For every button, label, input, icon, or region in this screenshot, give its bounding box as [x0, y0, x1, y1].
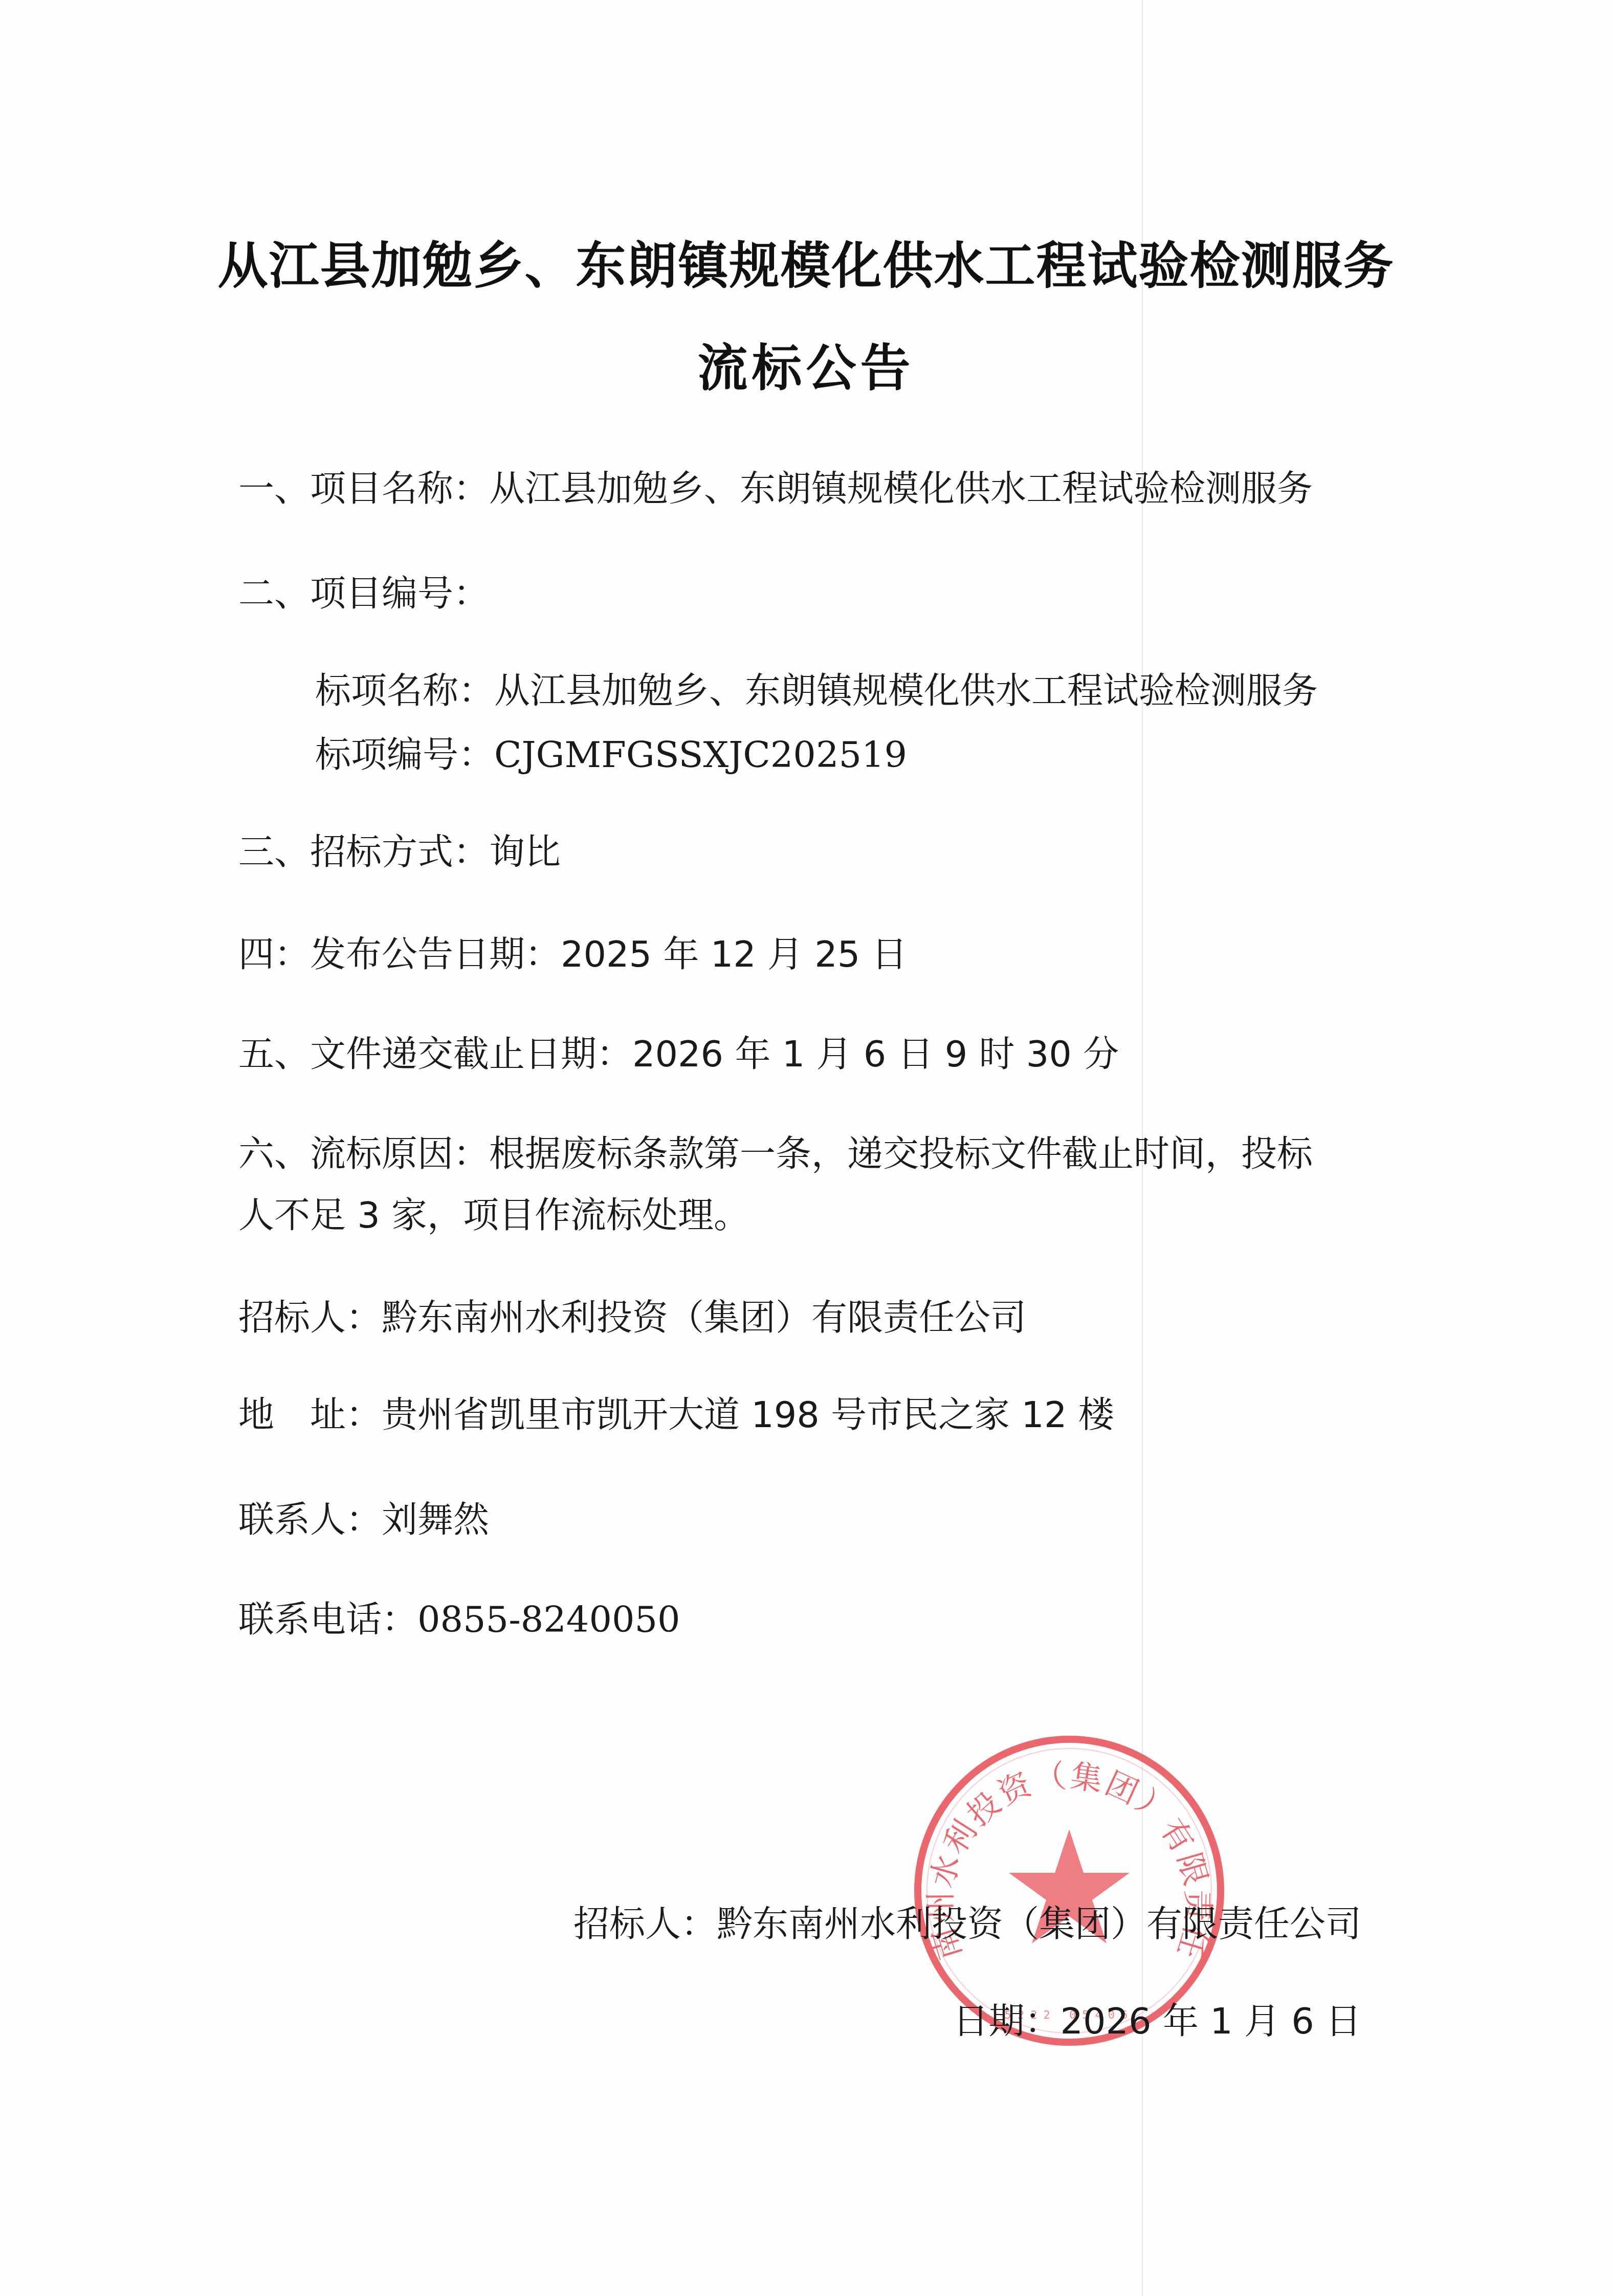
phone-label: 联系电话：	[238, 1599, 417, 1641]
address-value: 贵州省凯里市凯开大道 198 号市民之家 12 楼	[382, 1394, 1114, 1436]
tenderer-label: 招标人：	[238, 1297, 382, 1339]
document-subtitle: 流标公告	[0, 338, 1612, 399]
document-page: 从江县加勉乡、东朗镇规模化供水工程试验检测服务 流标公告 一、项目名称：从江县加…	[0, 0, 1612, 2296]
phone-row: 联系电话：0855-8240050	[238, 1597, 680, 1643]
failure-reason-value-line2: 人不足 3 家，项目作流标处理。	[238, 1194, 749, 1236]
project-name-label: 一、项目名称：	[238, 468, 489, 510]
project-number-label: 二、项目编号：	[238, 573, 489, 615]
bidding-method-value: 询比	[489, 831, 561, 873]
contact-person-value: 刘舞然	[382, 1499, 489, 1541]
project-number-row: 二、项目编号：	[238, 571, 489, 617]
lot-number-row: 标项编号：CJGMFGSSXJC202519	[315, 732, 907, 778]
tenderer-value: 黔东南州水利投资（集团）有限责任公司	[382, 1297, 1026, 1339]
lot-number-value: CJGMFGSSXJC202519	[494, 734, 907, 776]
document-title: 从江县加勉乡、东朗镇规模化供水工程试验检测服务	[0, 235, 1612, 297]
address-label: 地 址：	[238, 1394, 382, 1436]
lot-name-row: 标项名称：从江县加勉乡、东朗镇规模化供水工程试验检测服务	[315, 668, 1318, 714]
signature-tenderer: 招标人：黔东南州水利投资（集团）有限责任公司	[573, 1901, 1361, 1947]
phone-value: 0855-8240050	[417, 1599, 680, 1641]
failure-reason-value-line1: 根据废标条款第一条，递交投标文件截止时间，投标	[489, 1133, 1313, 1175]
publish-date-row: 四：发布公告日期：2025 年 12 月 25 日	[238, 931, 908, 977]
bidding-method-row: 三、招标方式：询比	[238, 829, 561, 875]
lot-name-label: 标项名称：	[315, 670, 494, 712]
lot-name-value: 从江县加勉乡、东朗镇规模化供水工程试验检测服务	[494, 670, 1318, 712]
address-row: 地 址：贵州省凯里市凯开大道 198 号市民之家 12 楼	[238, 1392, 1114, 1438]
tenderer-row: 招标人：黔东南州水利投资（集团）有限责任公司	[238, 1295, 1026, 1341]
publish-date-value: 2025 年 12 月 25 日	[561, 933, 908, 975]
publish-date-label: 四：发布公告日期：	[238, 933, 561, 975]
contact-person-row: 联系人：刘舞然	[238, 1497, 489, 1543]
failure-reason-label: 六、流标原因：	[238, 1133, 489, 1175]
signature-date: 日期：2026 年 1 月 6 日	[953, 1998, 1361, 2044]
project-name-row: 一、项目名称：从江县加勉乡、东朗镇规模化供水工程试验检测服务	[238, 466, 1313, 512]
failure-reason-continuation: 人不足 3 家，项目作流标处理。	[238, 1192, 749, 1238]
deadline-label: 五、文件递交截止日期：	[238, 1033, 632, 1075]
bidding-method-label: 三、招标方式：	[238, 831, 489, 873]
project-name-value: 从江县加勉乡、东朗镇规模化供水工程试验检测服务	[489, 468, 1313, 510]
deadline-row: 五、文件递交截止日期：2026 年 1 月 6 日 9 时 30 分	[238, 1031, 1119, 1077]
contact-person-label: 联系人：	[238, 1499, 382, 1541]
lot-number-label: 标项编号：	[315, 734, 494, 776]
deadline-value: 2026 年 1 月 6 日 9 时 30 分	[632, 1033, 1119, 1075]
failure-reason-row: 六、流标原因：根据废标条款第一条，递交投标文件截止时间，投标	[238, 1131, 1313, 1177]
